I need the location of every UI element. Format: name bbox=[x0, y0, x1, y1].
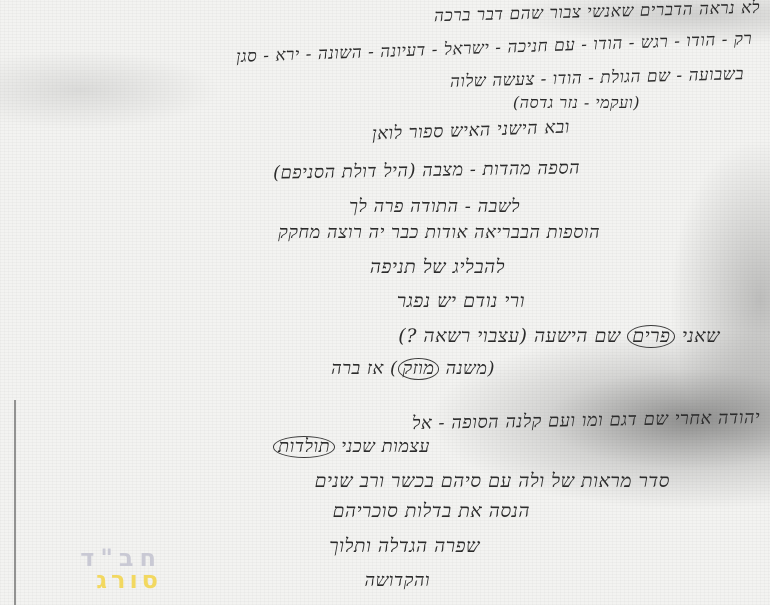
handwritten-line: והקדושה bbox=[365, 570, 430, 591]
handwritten-line: שאני פרים שם הישעה (עצבוי רשאה ?) bbox=[398, 325, 720, 348]
handwritten-line: סדר מראות של ולה עם סיהם בכשר ורב שנים bbox=[315, 470, 670, 493]
handwritten-line: (ועקמי - נזר גדסה) bbox=[513, 93, 640, 113]
handwritten-line: שפרה הגדלה ותלוך bbox=[329, 535, 480, 558]
handwritten-line: הנסה את בדלות סוכריהם bbox=[333, 500, 530, 523]
handwritten-line: (משנה מוזק) אז ברה bbox=[331, 358, 495, 380]
logo-bottom-text: סורג bbox=[96, 568, 162, 592]
circled-word: תולדות bbox=[273, 436, 335, 458]
handwritten-line: ובא הישני האיש ספור לואן bbox=[372, 117, 571, 145]
chabad-watermark-logo: חב"ד סורג bbox=[12, 546, 162, 592]
handwritten-line: לא נראה הדברים שאנשי צבור שהם דבר ברכה bbox=[434, 0, 761, 26]
handwritten-line: עצמות שכני תולדות bbox=[273, 436, 430, 458]
scanned-handwritten-page: לא נראה הדברים שאנשי צבור שהם דבר ברכה ר… bbox=[0, 0, 770, 605]
handwritten-line: הספה מהדות - מצבה (היל דולת הסניפם) bbox=[273, 157, 580, 183]
handwritten-line: רק - הודו - רגש - הודו - עם חניכה - ישרא… bbox=[235, 29, 752, 67]
handwritten-line: יהודה אחרי שם דגם ומו ועם קלנה הסופה - א… bbox=[412, 407, 761, 434]
circled-word: מוזק bbox=[398, 358, 440, 380]
handwritten-line: ורי נודם יש נפגר bbox=[397, 290, 525, 313]
handwritten-line: הוספות הבבריאה אודות כבר יה רוצה מחקק bbox=[278, 222, 600, 243]
handwritten-line: לשבה - התודה פרה לך bbox=[349, 196, 520, 217]
circled-word: פרים bbox=[627, 325, 675, 348]
handwritten-line: להבליג של תניפה bbox=[370, 256, 505, 279]
handwritten-line: בשבועה - שם הגולת - הודו - צעשה שלוה bbox=[450, 64, 744, 92]
